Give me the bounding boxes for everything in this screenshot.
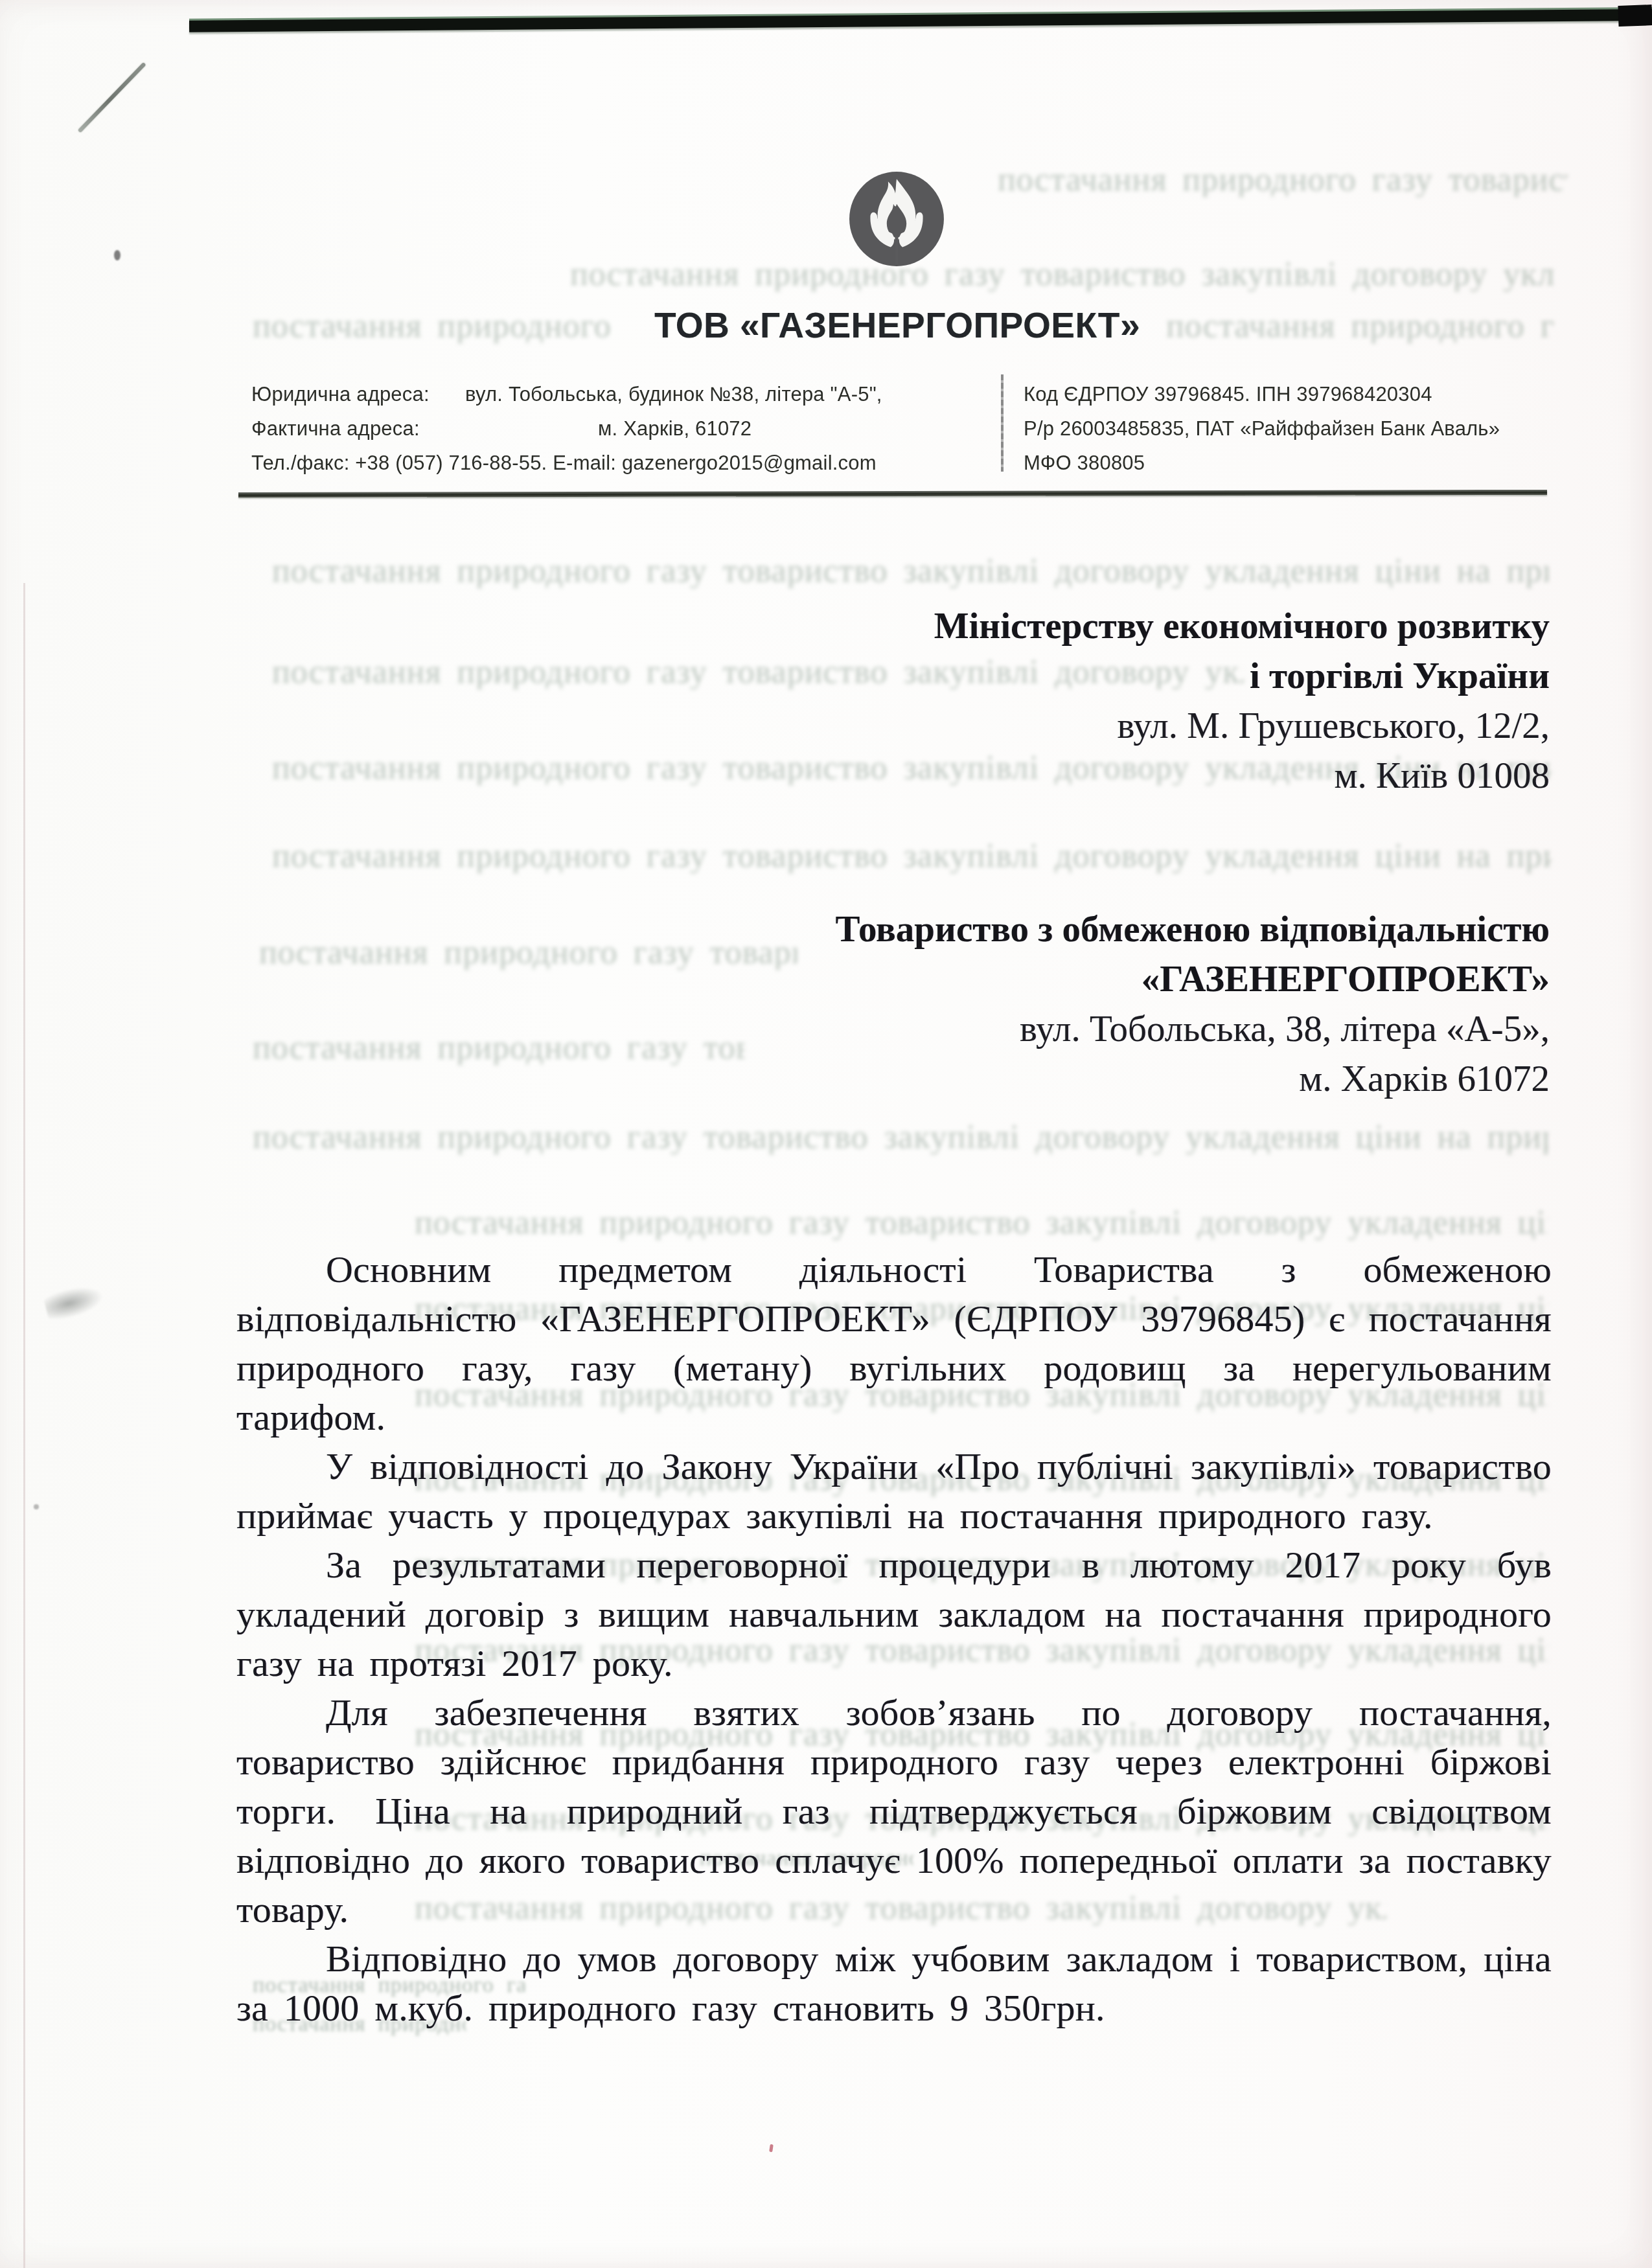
ink-speck xyxy=(34,1504,39,1509)
edrpou-ipn-line: Код ЄДРПОУ 39796845. ІПН 397968420304 xyxy=(1024,377,1581,411)
letter-body: Основним предметом діяльності Товариства… xyxy=(236,1245,1552,2033)
legal-address-value: вул. Тобольська, будинок №38, літера "А-… xyxy=(465,383,882,406)
recipient-block: Міністерству економічного розвитку і тор… xyxy=(713,601,1550,801)
legal-address-label: Юридична адреса: xyxy=(251,377,465,411)
company-title: ТОВ «ГАЗЕНЕРГОПРОЕКТ» xyxy=(651,306,1143,345)
actual-address-label: Фактична адреса: xyxy=(251,411,465,446)
pen-stroke-mark xyxy=(78,62,146,133)
phone-email-row: Тел./факс: +38 (057) 716-88-55. E-mail: … xyxy=(251,446,970,480)
bleedthrough-text: постачання природного газу товариство за… xyxy=(253,310,615,343)
mfo-line: МФО 380805 xyxy=(1024,446,1581,480)
recipient-line: і торгівлі України xyxy=(713,651,1550,701)
bleedthrough-text: постачання природного газу товариство за… xyxy=(1166,310,1555,343)
actual-address-row: Фактична адреса:м. Харків, 61072 xyxy=(251,411,970,446)
sender-line: м. Харків 61072 xyxy=(713,1054,1550,1104)
actual-address-value: м. Харків, 61072 xyxy=(598,417,751,440)
bleedthrough-text: постачання природного газу товариство за… xyxy=(272,555,1548,588)
red-speck xyxy=(769,2144,774,2153)
ink-speck xyxy=(114,250,120,260)
scan-edge-corner-blob xyxy=(1618,5,1652,27)
bleedthrough-text: постачання природного газу товариство за… xyxy=(570,258,1555,292)
bleedthrough-text: постачання природного газу товариство за… xyxy=(272,840,1552,873)
bleedthrough-text: постачання природного газу товариство за… xyxy=(998,163,1568,197)
sender-line: «ГАЗЕНЕРГОПРОЕКТ» xyxy=(713,954,1550,1004)
header-contact-block: Юридична адреса:вул. Тобольська, будинок… xyxy=(251,377,970,480)
sender-line: Товариство з обмеженою відповідальністю xyxy=(713,904,1550,954)
body-paragraph: Для забезпечення взятих зобов’язань по д… xyxy=(236,1688,1552,1934)
recipient-line: м. Київ 01008 xyxy=(713,751,1550,801)
recipient-line: вул. М. Грушевського, 12/2, xyxy=(713,701,1550,751)
legal-address-row: Юридична адреса:вул. Тобольська, будинок… xyxy=(251,377,970,411)
bank-account-line: Р/р 26003485835, ПАТ «Райффайзен Банк Ав… xyxy=(1024,411,1581,446)
header-rule xyxy=(238,490,1547,498)
body-paragraph: У відповідності до Закону України «Про п… xyxy=(236,1442,1552,1541)
recipient-line: Міністерству економічного розвитку xyxy=(713,601,1550,651)
body-paragraph: Відповідно до умов договору між учбовим … xyxy=(236,1934,1552,2033)
header-requisites-block: Код ЄДРПОУ 39796845. ІПН 397968420304 Р/… xyxy=(1024,377,1581,480)
flame-in-hands-logo xyxy=(847,171,946,269)
bleedthrough-text: постачання природного газу товариство за… xyxy=(253,1031,745,1065)
header-vertical-divider xyxy=(1001,374,1004,472)
body-paragraph: Основним предметом діяльності Товариства… xyxy=(236,1245,1552,1442)
scan-edge-bar xyxy=(189,9,1652,32)
scanned-letter-page: постачання природного газу товариство за… xyxy=(0,0,1652,2268)
bleedthrough-text: постачання природного газу товариство за… xyxy=(415,1206,1548,1240)
sender-line: вул. Тобольська, 38, літера «А-5», xyxy=(713,1004,1550,1054)
bleedthrough-text: постачання природного газу товариство за… xyxy=(253,1121,1548,1154)
pencil-smudge xyxy=(43,1281,106,1323)
sender-block: Товариство з обмеженою відповідальністю … xyxy=(713,904,1550,1104)
body-paragraph: За результатами переговорної процедури в… xyxy=(236,1541,1552,1688)
page-fold-line xyxy=(23,583,25,2268)
